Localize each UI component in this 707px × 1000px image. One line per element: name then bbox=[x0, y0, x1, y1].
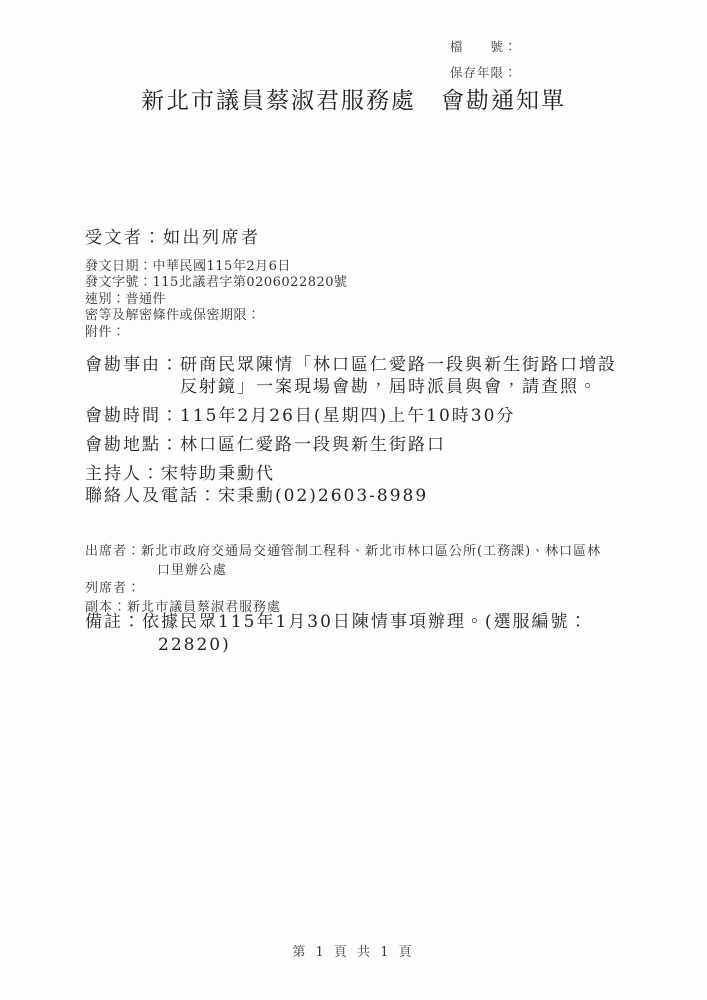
remarks-block: 備註：依據民眾115年1月30日陳情事項辦理。(選服編號： 22820) bbox=[85, 611, 645, 657]
file-info-block: 檔 號： 保存年限： bbox=[450, 34, 518, 86]
contact-value: 宋秉勳(02)2603-8989 bbox=[218, 486, 428, 506]
field-time: 會勘時間：115年2月26日(星期四)上午10時30分 bbox=[85, 405, 645, 427]
host-value: 宋特助秉勳代 bbox=[161, 464, 275, 484]
file-number-label: 檔 號： bbox=[450, 34, 518, 60]
security-class-line: 密等及解密條件或保密期限： bbox=[85, 308, 348, 324]
meta-block: 發文日期：中華民國115年2月6日 發文字號：115北議君字第020602282… bbox=[85, 259, 348, 341]
host-label: 主持人： bbox=[85, 464, 161, 484]
remarks-text-1: 依據民眾115年1月30日陳情事項辦理。(選服編號： bbox=[142, 612, 589, 632]
field-subject: 會勘事由：研商民眾陳情「林口區仁愛路一段與新生街路口增設 反射鏡」一案現場會勘，… bbox=[85, 354, 645, 398]
subject-line-1: 會勘事由：研商民眾陳情「林口區仁愛路一段與新生街路口增設 bbox=[85, 354, 645, 376]
subject-line-2: 反射鏡」一案現場會勘，屆時派員與會，請查照。 bbox=[85, 376, 645, 398]
field-host: 主持人：宋特助秉勳代 bbox=[85, 463, 645, 485]
remarks-line-2: 22820) bbox=[85, 634, 645, 657]
field-contact: 聯絡人及電話：宋秉勳(02)2603-8989 bbox=[85, 485, 645, 507]
attendees-present-line-1: 出席者：新北市政府交通局交通管制工程科、新北市林口區公所(工務課)、林口區林 bbox=[85, 543, 645, 562]
attachment-line: 附件： bbox=[85, 325, 348, 341]
attendees-observers-line: 列席者： bbox=[85, 580, 645, 599]
subject-label: 會勘事由： bbox=[85, 355, 180, 375]
attendees-present-text-1: 新北市政府交通局交通管制工程科、新北市林口區公所(工務課)、林口區林 bbox=[141, 544, 601, 559]
recipient-label: 受文者： bbox=[85, 228, 163, 248]
subject-text-1: 研商民眾陳情「林口區仁愛路一段與新生街路口增設 bbox=[180, 355, 617, 375]
attendees-present-label: 出席者： bbox=[85, 544, 141, 559]
contact-label: 聯絡人及電話： bbox=[85, 486, 218, 506]
time-label: 會勘時間： bbox=[85, 406, 180, 426]
remarks-label: 備註： bbox=[85, 612, 142, 632]
time-value: 115年2月26日(星期四)上午10時30分 bbox=[180, 406, 515, 426]
location-value: 林口區仁愛路一段與新生街路口 bbox=[180, 435, 446, 455]
attendees-present-line-2: 口里辦公處 bbox=[85, 562, 645, 581]
document-page: 檔 號： 保存年限： 新北市議員蔡淑君服務處 會勘通知單 受文者：如出列席者 發… bbox=[0, 0, 707, 1000]
field-location: 會勘地點：林口區仁愛路一段與新生街路口 bbox=[85, 434, 645, 456]
document-title: 新北市議員蔡淑君服務處 會勘通知單 bbox=[0, 82, 707, 115]
observers-label: 列席者： bbox=[85, 581, 141, 596]
speed-class-line: 速別：普通件 bbox=[85, 292, 348, 308]
recipient-line: 受文者：如出列席者 bbox=[85, 223, 261, 248]
page-footer: 第 1 頁 共 1 頁 bbox=[0, 941, 707, 960]
location-label: 會勘地點： bbox=[85, 435, 180, 455]
doc-date-line: 發文日期：中華民國115年2月6日 bbox=[85, 259, 348, 275]
doc-number-line: 發文字號：115北議君字第0206022820號 bbox=[85, 275, 348, 291]
main-fields-block: 會勘事由：研商民眾陳情「林口區仁愛路一段與新生街路口增設 反射鏡」一案現場會勘，… bbox=[85, 354, 645, 507]
recipient-value: 如出列席者 bbox=[163, 228, 261, 248]
remarks-line-1: 備註：依據民眾115年1月30日陳情事項辦理。(選服編號： bbox=[85, 611, 645, 634]
attendees-block: 出席者：新北市政府交通局交通管制工程科、新北市林口區公所(工務課)、林口區林 口… bbox=[85, 543, 645, 617]
